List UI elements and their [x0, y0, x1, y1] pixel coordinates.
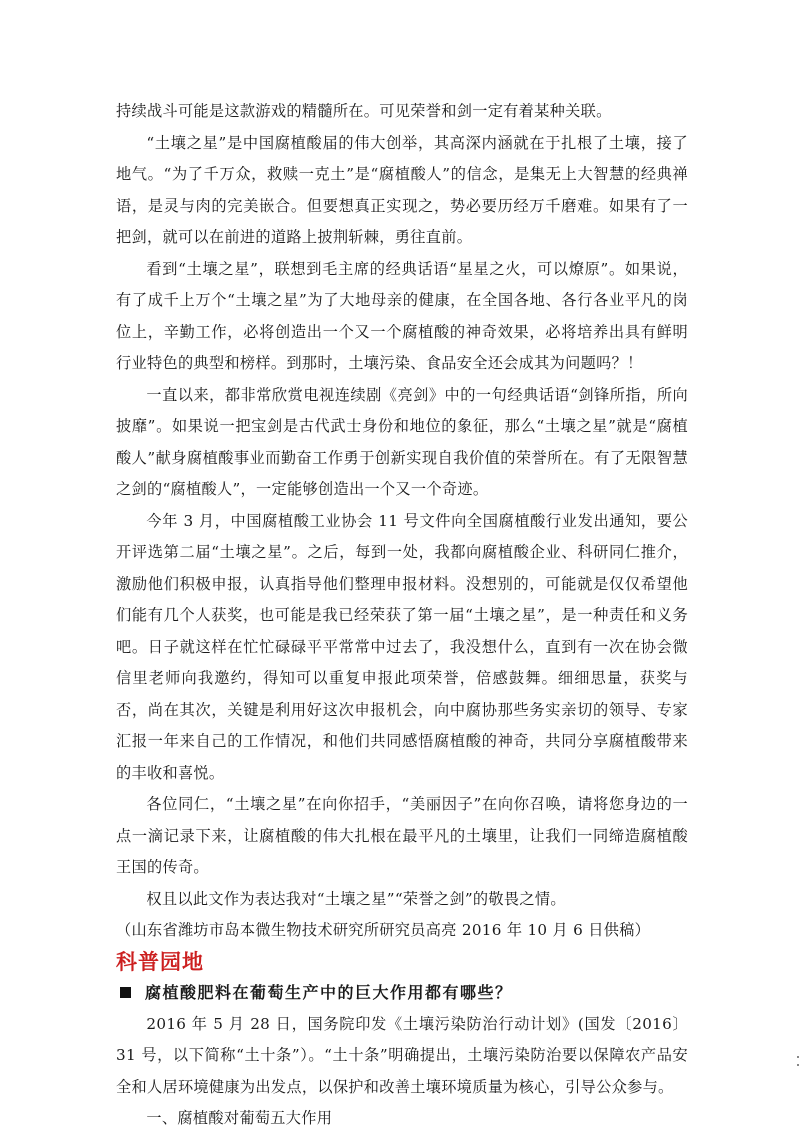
article-heading-text: 腐植酸肥料在葡萄生产中的巨大作用都有哪些？	[145, 977, 513, 1009]
article-heading: 腐植酸肥料在葡萄生产中的巨大作用都有哪些？	[116, 977, 688, 1009]
document-page: 持续战斗可能是这款游戏的精髓所在。可见荣誉和剑一定有着某种关联。 “土壤之星”是…	[116, 96, 688, 1131]
source-attribution: （山东省潍坊市岛本微生物技术研究所研究员高亮 2016 年 10 月 6 日供稿…	[116, 915, 688, 947]
paragraph: 各位同仁，“土壤之星”在向你招手，“美丽因子”在向你召唤，请将您身边的一点一滴记…	[116, 789, 688, 884]
article-body-part1: 持续战斗可能是这款游戏的精髓所在。可见荣誉和剑一定有着某种关联。 “土壤之星”是…	[116, 96, 688, 915]
paragraph: “土壤之星”是中国腐植酸届的伟大创举，其高深内涵就在于扎根了土壤，接了地气。“为…	[116, 128, 688, 254]
article-body-part2: 2016 年 5 月 28 日，国务院印发《土壤污染防治行动计划》(国发〔201…	[116, 1009, 688, 1131]
paragraph: 权且以此文作为表达我对“土壤之星”“荣誉之剑”的敬畏之情。	[116, 884, 688, 916]
section-title: 科普园地	[116, 947, 688, 977]
square-bullet-icon	[120, 987, 131, 998]
paragraph: 一直以来，都非常欣赏电视连续剧《亮剑》中的一句经典话语“剑锋所指，所向披靡”。如…	[116, 380, 688, 506]
paragraph: 一、腐植酸对葡萄五大作用	[116, 1103, 688, 1131]
paragraph: 看到“土壤之星”，联想到毛主席的经典话语“星星之火，可以燎原”。如果说，有了成千…	[116, 254, 688, 380]
paragraph: 2016 年 5 月 28 日，国务院印发《土壤污染防治行动计划》(国发〔201…	[116, 1009, 688, 1104]
paragraph: 持续战斗可能是这款游戏的精髓所在。可见荣誉和剑一定有着某种关联。	[116, 96, 688, 128]
paragraph: 今年 3 月，中国腐植酸工业协会 11 号文件向全国腐植酸行业发出通知，要公开评…	[116, 506, 688, 790]
